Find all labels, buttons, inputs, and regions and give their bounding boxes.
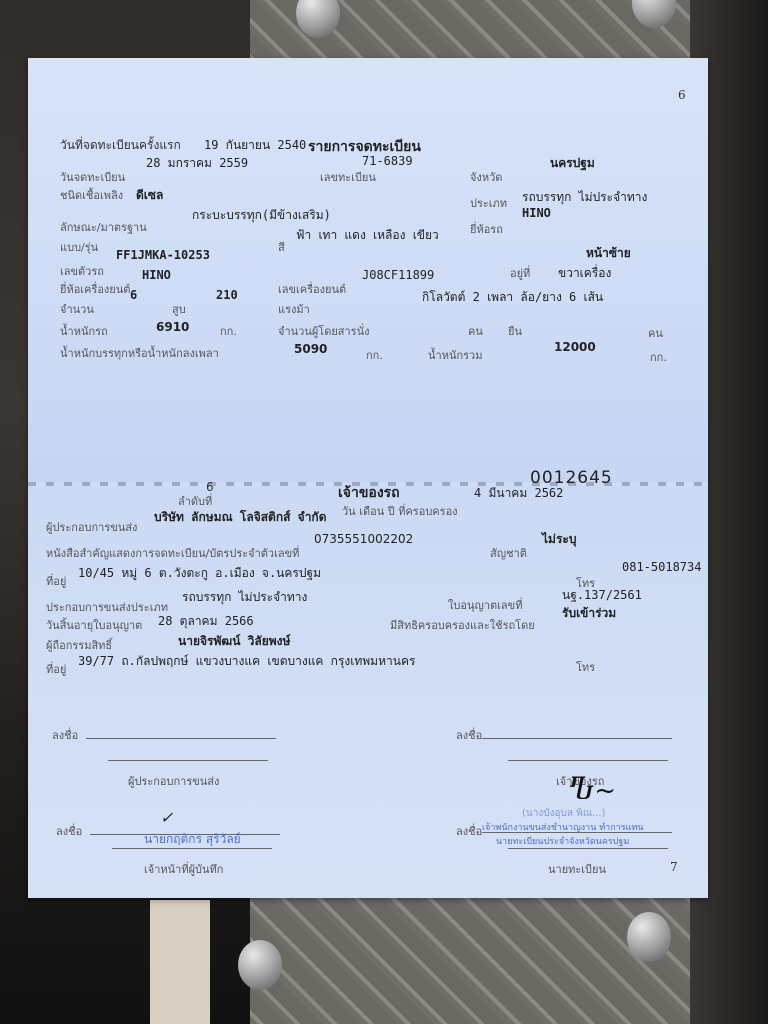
- recorder-name: นายกฤติกร สุริวัลย์: [144, 830, 241, 849]
- license-expiry-label: วันสิ้นอายุใบอนุญาต: [46, 616, 142, 634]
- vehicle-weight: 6910: [156, 320, 189, 334]
- possession-date: 4 มีนาคม 2562: [474, 484, 563, 503]
- owner-name-line: [508, 760, 668, 761]
- recorder-sign-label: ลงชื่อ: [56, 822, 82, 840]
- engine-no-label: เลขเครื่องยนต์: [278, 280, 346, 298]
- model-label: แบบ/รุ่น: [60, 238, 98, 256]
- cylinders-label: จำนวน: [60, 300, 94, 318]
- color: ฟ้า เทา แดง เหลือง เขียว: [296, 226, 439, 245]
- plate-number: 71-6839: [362, 154, 413, 168]
- brand-label: ยี่ห้อรถ: [470, 220, 503, 238]
- license-expiry: 28 ตุลาคม 2566: [158, 612, 254, 631]
- possession-type: รับเข้าร่วม: [562, 604, 616, 623]
- reg-date-label: วันจดทะเบียน: [60, 168, 125, 186]
- page-number-top: 6: [678, 88, 686, 102]
- page-number-bottom: 7: [670, 860, 678, 874]
- nationality: ไม่ระบุ: [542, 530, 576, 549]
- fuel-label: ชนิดเชื้อเพลิง: [60, 186, 123, 204]
- total-weight: 12000: [554, 340, 596, 354]
- chassis-label: เลขตัวรถ: [60, 262, 104, 280]
- operator-label: ผู้ประกอบการขนส่ง: [46, 518, 137, 536]
- registration-id-label: หนังสือสำคัญแสดงการจดทะเบียน/บัตรประจำตั…: [46, 544, 299, 562]
- engine-brand: HINO: [142, 268, 171, 282]
- owner-page: ลำดับที่ 6 เจ้าของรถ 4 มีนาคม 2562 วัน เ…: [28, 486, 708, 898]
- cylinders-unit: สูบ: [172, 300, 186, 318]
- registrar-sign-label: ลงชื่อ: [456, 822, 482, 840]
- owner-title: เจ้าของรถ: [338, 482, 400, 504]
- operator-role: ผู้ประกอบการขนส่ง: [128, 772, 219, 790]
- holder-address-label: ที่อยู่: [46, 660, 66, 678]
- first-reg-label: วันที่จดทะเบียนครั้งแรก: [60, 136, 181, 155]
- horsepower-label: แรงม้า: [278, 300, 310, 318]
- engine-number: J08CF11899: [362, 268, 434, 282]
- operator-sign-label: ลงชื่อ: [52, 726, 78, 744]
- chassis-location-1: หน้าซ้าย: [586, 244, 631, 263]
- reg-date: 28 มกราคม 2559: [146, 154, 248, 173]
- color-label: สี: [278, 238, 285, 256]
- recorder-signature: ✓: [160, 808, 173, 827]
- fuel: ดีเซล: [136, 186, 163, 205]
- standing-unit: คน: [648, 324, 663, 342]
- address-label: ที่อยู่: [46, 572, 66, 590]
- chassis-number: FF1JMKA-10253: [116, 248, 210, 262]
- holder-address: 39/77 ถ.กัลปพฤกษ์ แขวงบางแค เขตบางแค กรุ…: [78, 652, 415, 671]
- nationality-label: สัญชาติ: [490, 544, 527, 562]
- standing-label: ยืน: [508, 322, 522, 340]
- background-floor: [150, 900, 210, 1024]
- transport-type-label: ประกอบการขนส่งประเภท: [46, 598, 168, 616]
- registrar-role: นายทะเบียน: [548, 860, 606, 878]
- load-unit: กก.: [366, 346, 383, 364]
- seats-unit: คน: [468, 322, 483, 340]
- cylinders: 6: [130, 288, 137, 302]
- weight-label: น้ำหนักรถ: [60, 322, 108, 340]
- vehicle-type: รถบรรทุก ไม่ประจำทาง: [522, 188, 647, 207]
- total-weight-unit: กก.: [650, 348, 667, 366]
- body-label: ลักษณะ/มาตรฐาน: [60, 218, 147, 236]
- operator-name: บริษัท ลักษมณ โลจิสติกส์ จำกัด: [154, 508, 327, 527]
- body-type: กระบะบรรทุก(มีข้างเสริม): [192, 206, 331, 225]
- province-label: จังหวัด: [470, 168, 502, 186]
- seats-label: จำนวนผู้โดยสารนั่ง: [278, 322, 369, 340]
- weight-unit: กก.: [220, 322, 237, 340]
- owner-sign-line: [482, 738, 672, 739]
- registrar-name: (นางบังอุบล พิณ...): [522, 806, 605, 821]
- axle-tire-info: กิโลวัตต์ 2 เพลา ล้อ/ยาง 6 เส้น: [422, 288, 603, 307]
- registrar-name-line: [508, 848, 668, 849]
- horsepower: 210: [216, 288, 238, 302]
- order-number: 6: [206, 480, 214, 494]
- operator-name-line: [108, 760, 268, 761]
- engine-brand-label: ยี่ห้อเครื่องยนต์: [60, 280, 130, 298]
- plate-label: เลขทะเบียน: [320, 168, 376, 186]
- registrar-stamp-line1: เจ้าพนักงานขนส่งชำนาญงาน ทำการแทน: [482, 820, 643, 834]
- chassis-location-label: อยู่ที่: [510, 264, 530, 282]
- operator-sign-line: [86, 738, 276, 739]
- transport-type: รถบรรทุก ไม่ประจำทาง: [182, 588, 307, 607]
- load-label: น้ำหนักบรรทุกหรือน้ำหนักลงเพลา: [60, 344, 219, 362]
- vehicle-registration-document: 6 วันที่จดทะเบียนครั้งแรก 19 กันยายน 254…: [28, 58, 708, 898]
- recorder-name-line: [112, 848, 272, 849]
- first-reg-date: 19 กันยายน 2540: [204, 136, 306, 155]
- registrar-signature: Ⴠ~: [568, 776, 616, 806]
- holder-name: นายจิรพัฒน์ วิลัยพงษ์: [178, 632, 290, 651]
- license-number-label: ใบอนุญาตเลขที่: [448, 596, 522, 614]
- possession-date-label: วัน เดือน ปี ที่ครอบครอง: [342, 502, 458, 520]
- type-label: ประเภท: [470, 194, 507, 212]
- possession-label: มีสิทธิครอบครองและใช้รถโดย: [390, 616, 535, 634]
- registration-id: 0735551002202: [314, 532, 413, 546]
- bolt-icon: [627, 912, 671, 962]
- holder-phone-label: โทร: [576, 658, 595, 676]
- license-number: นฐ.137/2561: [562, 586, 642, 605]
- registrar-stamp-line2: นายทะเบียนประจำจังหวัดนครปฐม: [496, 834, 629, 848]
- bolt-icon: [238, 940, 282, 990]
- owner-address: 10/45 หมู่ 6 ต.วังตะกู อ.เมือง จ.นครปฐม: [78, 564, 321, 583]
- brand: HINO: [522, 206, 551, 220]
- load-weight: 5090: [294, 342, 327, 356]
- registration-page: 6 วันที่จดทะเบียนครั้งแรก 19 กันยายน 254…: [28, 58, 708, 483]
- province: นครปฐม: [550, 154, 595, 173]
- owner-sign-label: ลงชื่อ: [456, 726, 482, 744]
- phone-number: 081-5018734: [622, 560, 701, 574]
- recorder-role: เจ้าหน้าที่ผู้บันทึก: [144, 860, 223, 878]
- total-weight-label: น้ำหนักรวม: [428, 346, 482, 364]
- chassis-location-2: ขวาเครื่อง: [558, 264, 611, 283]
